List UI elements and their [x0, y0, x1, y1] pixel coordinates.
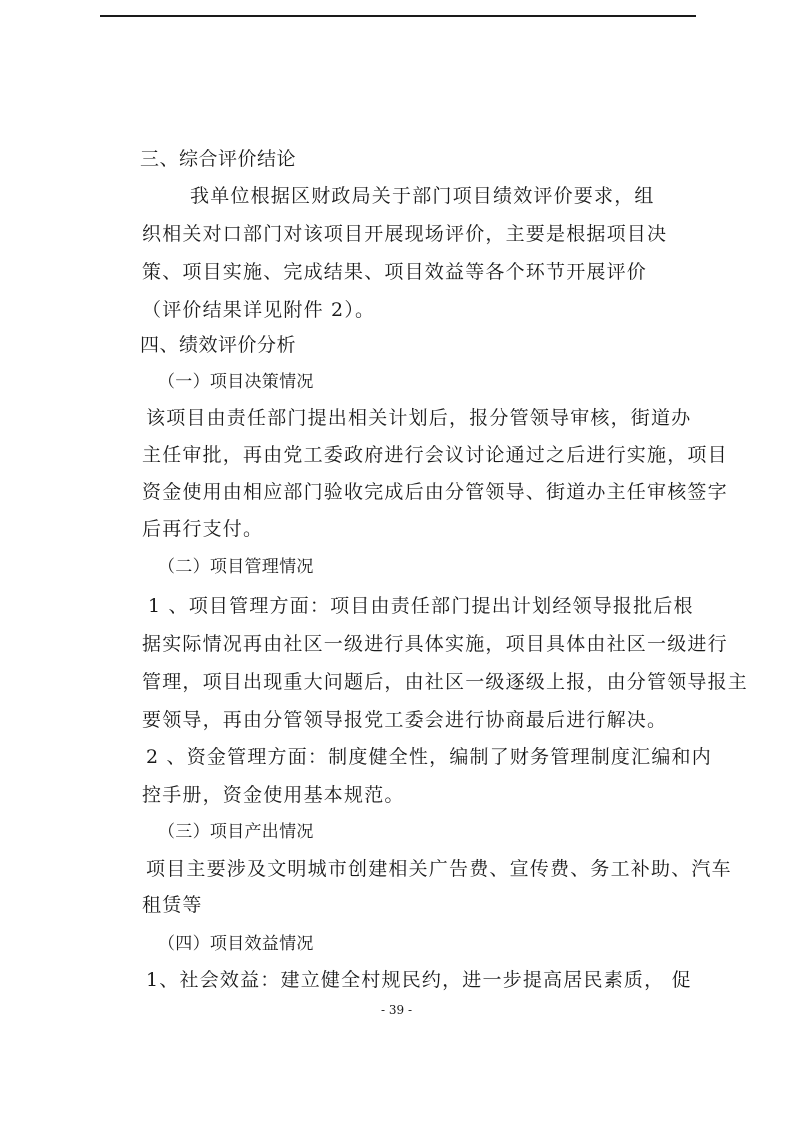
section-heading: （一）项目决策情况: [158, 370, 314, 394]
paragraph-line: 主任审批，再由党工委政府进行会议讨论通过之后进行实施，项目: [142, 443, 728, 467]
page-number: - 39 -: [0, 1003, 793, 1017]
section-heading: （三）项目产出情况: [158, 820, 314, 844]
paragraph-line: 1、社会效益：建立健全村规民约，进一步提高居民素质， 促: [146, 968, 692, 992]
paragraph-line: 控手册，资金使用基本规范。: [142, 783, 405, 807]
section-heading: 四、绩效评价分析: [140, 333, 296, 357]
paragraph-line: 租赁等: [142, 893, 203, 917]
paragraph-line: 1 、项目管理方面：项目由责任部门提出计划经领导报批后根: [148, 594, 694, 618]
paragraph-line: 后再行支付。: [142, 517, 263, 541]
paragraph-line: 织相关对口部门对该项目开展现场评价，主要是根据项目决: [142, 222, 667, 246]
paragraph-line: 要领导，再由分管领导报党工委会进行协商最后进行解决。: [142, 708, 667, 732]
paragraph-line: 我单位根据区财政局关于部门项目绩效评价要求，组: [190, 184, 655, 208]
paragraph-line: （评价结果详见附件 2）。: [142, 298, 375, 322]
paragraph-line: 该项目由责任部门提出相关计划后，报分管领导审核，街道办: [146, 406, 691, 430]
paragraph-line: 据实际情况再由社区一级进行具体实施，项目具体由社区一级进行: [142, 632, 728, 656]
section-heading: （四）项目效益情况: [158, 932, 314, 956]
paragraph-line: 策、项目实施、完成结果、项目效益等各个环节开展评价: [142, 260, 647, 284]
paragraph-line: 2 、资金管理方面：制度健全性，编制了财务管理制度汇编和内: [146, 745, 712, 769]
paragraph-line: 项目主要涉及文明城市创建相关广告费、宣传费、务工补助、汽车: [146, 857, 732, 881]
paragraph-line: 资金使用由相应部门验收完成后由分管领导、街道办主任审核签字: [142, 480, 728, 504]
header-rule: [100, 15, 696, 17]
section-heading: 三、综合评价结论: [140, 147, 296, 171]
section-heading: （二）项目管理情况: [158, 555, 314, 579]
paragraph-line: 管理，项目出现重大问题后，由社区一级逐级上报，由分管领导报主: [142, 670, 748, 694]
